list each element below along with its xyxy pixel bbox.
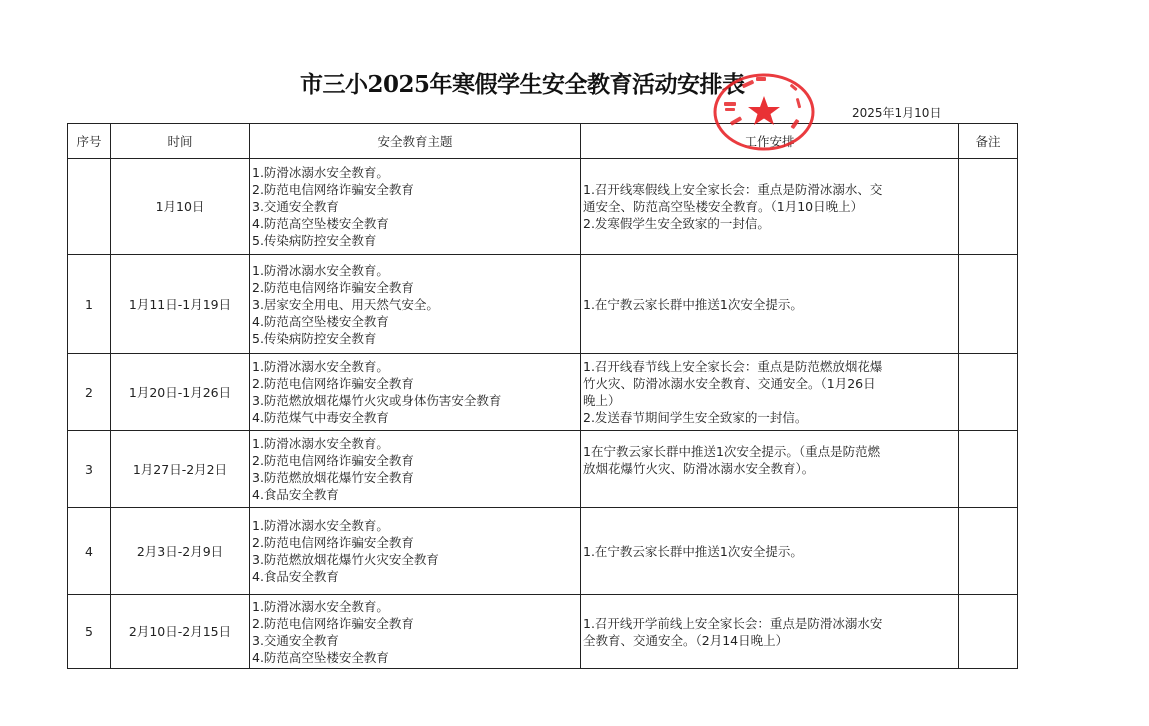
topic-line: 5.传染病防控安全教育 (252, 232, 578, 249)
topic-line: 3.防范燃放烟花爆竹火灾安全教育 (252, 551, 578, 568)
topic-line: 3.防范燃放烟花爆竹安全教育 (252, 469, 578, 486)
topic-line: 2.防范电信网络诈骗安全教育 (252, 181, 578, 198)
topic-line: 3.交通安全教育 (252, 198, 578, 215)
topic-line: 4.食品安全教育 (252, 486, 578, 503)
cell-time: 1月20日-1月26日 (111, 354, 250, 431)
topic-line: 1.防滑冰溺水安全教育。 (252, 262, 578, 279)
cell-note (959, 159, 1018, 255)
arrangement-line: 2.发送春节期间学生安全致家的一封信。 (583, 409, 956, 426)
header-time: 时间 (111, 124, 250, 159)
arrangement-line: 1.召开线春节线上安全家长会：重点是防范燃放烟花爆 (583, 358, 956, 375)
cell-index (68, 159, 111, 255)
cell-note (959, 354, 1018, 431)
document-date: 2025年1月10日 (852, 104, 941, 121)
table-row: 1月10日 1.防滑冰溺水安全教育。 2.防范电信网络诈骗安全教育 3.交通安全… (68, 159, 1018, 255)
schedule-table: 序号 时间 安全教育主题 工作安排 备注 1月10日 1.防滑冰溺水安全教育。 … (67, 123, 1018, 669)
cell-index: 4 (68, 508, 111, 595)
cell-topics: 1.防滑冰溺水安全教育。 2.防范电信网络诈骗安全教育 3.交通安全教育 4.防… (250, 159, 581, 255)
topic-line: 1.防滑冰溺水安全教育。 (252, 358, 578, 375)
cell-time: 2月10日-2月15日 (111, 595, 250, 669)
topic-line: 4.食品安全教育 (252, 568, 578, 585)
topic-line: 2.防范电信网络诈骗安全教育 (252, 452, 578, 469)
cell-note (959, 595, 1018, 669)
cell-note (959, 431, 1018, 508)
cell-arrangements: 1.在宁教云家长群中推送1次安全提示。 (581, 255, 959, 354)
cell-index: 2 (68, 354, 111, 431)
topic-line: 3.防范燃放烟花爆竹火灾或身体伤害安全教育 (252, 392, 578, 409)
topic-line: 2.防范电信网络诈骗安全教育 (252, 279, 578, 296)
topic-line: 1.防滑冰溺水安全教育。 (252, 517, 578, 534)
topic-line: 1.防滑冰溺水安全教育。 (252, 435, 578, 452)
topic-line: 4.防范高空坠楼安全教育 (252, 313, 578, 330)
cell-index: 5 (68, 595, 111, 669)
cell-arrangements: 1.召开线寒假线上安全家长会：重点是防滑冰溺水、交 通安全、防范高空坠楼安全教育… (581, 159, 959, 255)
cell-arrangements: 1在宁教云家长群中推送1次安全提示。（重点是防范燃 放烟花爆竹火灾、防滑冰溺水安… (581, 431, 959, 508)
table-row: 5 2月10日-2月15日 1.防滑冰溺水安全教育。 2.防范电信网络诈骗安全教… (68, 595, 1018, 669)
cell-topics: 1.防滑冰溺水安全教育。 2.防范电信网络诈骗安全教育 3.防范燃放烟花爆竹火灾… (250, 354, 581, 431)
topic-line: 3.交通安全教育 (252, 632, 578, 649)
header-note: 备注 (959, 124, 1018, 159)
topic-line: 4.防范高空坠楼安全教育 (252, 649, 578, 666)
topic-line: 1.防滑冰溺水安全教育。 (252, 598, 578, 615)
topic-line: 5.传染病防控安全教育 (252, 330, 578, 347)
arrangement-line: 1在宁教云家长群中推送1次安全提示。（重点是防范燃 (583, 443, 956, 460)
topic-line: 1.防滑冰溺水安全教育。 (252, 164, 578, 181)
cell-time: 1月10日 (111, 159, 250, 255)
cell-topics: 1.防滑冰溺水安全教育。 2.防范电信网络诈骗安全教育 3.防范燃放烟花爆竹安全… (250, 431, 581, 508)
topic-line: 4.防范高空坠楼安全教育 (252, 215, 578, 232)
cell-time: 2月3日-2月9日 (111, 508, 250, 595)
cell-index: 1 (68, 255, 111, 354)
cell-time: 1月11日-1月19日 (111, 255, 250, 354)
cell-time: 1月27日-2月2日 (111, 431, 250, 508)
table-header-row: 序号 时间 安全教育主题 工作安排 备注 (68, 124, 1018, 159)
table-row: 2 1月20日-1月26日 1.防滑冰溺水安全教育。 2.防范电信网络诈骗安全教… (68, 354, 1018, 431)
arrangement-line: 1.在宁教云家长群中推送1次安全提示。 (583, 543, 956, 560)
arrangement-line: 放烟花爆竹火灾、防滑冰溺水安全教育）。 (583, 460, 956, 477)
arrangement-line: 1.召开线寒假线上安全家长会：重点是防滑冰溺水、交 (583, 181, 956, 198)
arrangement-line: 2.发寒假学生安全致家的一封信。 (583, 215, 956, 232)
topic-line: 2.防范电信网络诈骗安全教育 (252, 534, 578, 551)
table-row: 1 1月11日-1月19日 1.防滑冰溺水安全教育。 2.防范电信网络诈骗安全教… (68, 255, 1018, 354)
arrangement-line: 晚上） (583, 392, 956, 409)
arrangement-line: 1.在宁教云家长群中推送1次安全提示。 (583, 296, 956, 313)
arrangement-line: 1.召开线开学前线上安全家长会：重点是防滑冰溺水安 (583, 615, 956, 632)
arrangement-line: 竹火灾、防滑冰溺水安全教育、交通安全。（1月26日 (583, 375, 956, 392)
cell-topics: 1.防滑冰溺水安全教育。 2.防范电信网络诈骗安全教育 3.居家安全用电、用天然… (250, 255, 581, 354)
arrangement-line: 全教育、交通安全。（2月14日晚上） (583, 632, 956, 649)
cell-arrangements: 1.召开线春节线上安全家长会：重点是防范燃放烟花爆 竹火灾、防滑冰溺水安全教育、… (581, 354, 959, 431)
cell-topics: 1.防滑冰溺水安全教育。 2.防范电信网络诈骗安全教育 3.交通安全教育 4.防… (250, 595, 581, 669)
topic-line: 2.防范电信网络诈骗安全教育 (252, 615, 578, 632)
cell-arrangements: 1.在宁教云家长群中推送1次安全提示。 (581, 508, 959, 595)
cell-note (959, 508, 1018, 595)
table-row: 4 2月3日-2月9日 1.防滑冰溺水安全教育。 2.防范电信网络诈骗安全教育 … (68, 508, 1018, 595)
arrangement-line: 通安全、防范高空坠楼安全教育。（1月10日晚上） (583, 198, 956, 215)
document-title: 市三小2025年寒假学生安全教育活动安排表 (300, 66, 820, 99)
header-topics: 安全教育主题 (250, 124, 581, 159)
header-arrangements: 工作安排 (581, 124, 959, 159)
cell-note (959, 255, 1018, 354)
header-index: 序号 (68, 124, 111, 159)
topic-line: 4.防范煤气中毒安全教育 (252, 409, 578, 426)
table-row: 3 1月27日-2月2日 1.防滑冰溺水安全教育。 2.防范电信网络诈骗安全教育… (68, 431, 1018, 508)
cell-index: 3 (68, 431, 111, 508)
topic-line: 2.防范电信网络诈骗安全教育 (252, 375, 578, 392)
topic-line: 3.居家安全用电、用天然气安全。 (252, 296, 578, 313)
cell-topics: 1.防滑冰溺水安全教育。 2.防范电信网络诈骗安全教育 3.防范燃放烟花爆竹火灾… (250, 508, 581, 595)
cell-arrangements: 1.召开线开学前线上安全家长会：重点是防滑冰溺水安 全教育、交通安全。（2月14… (581, 595, 959, 669)
